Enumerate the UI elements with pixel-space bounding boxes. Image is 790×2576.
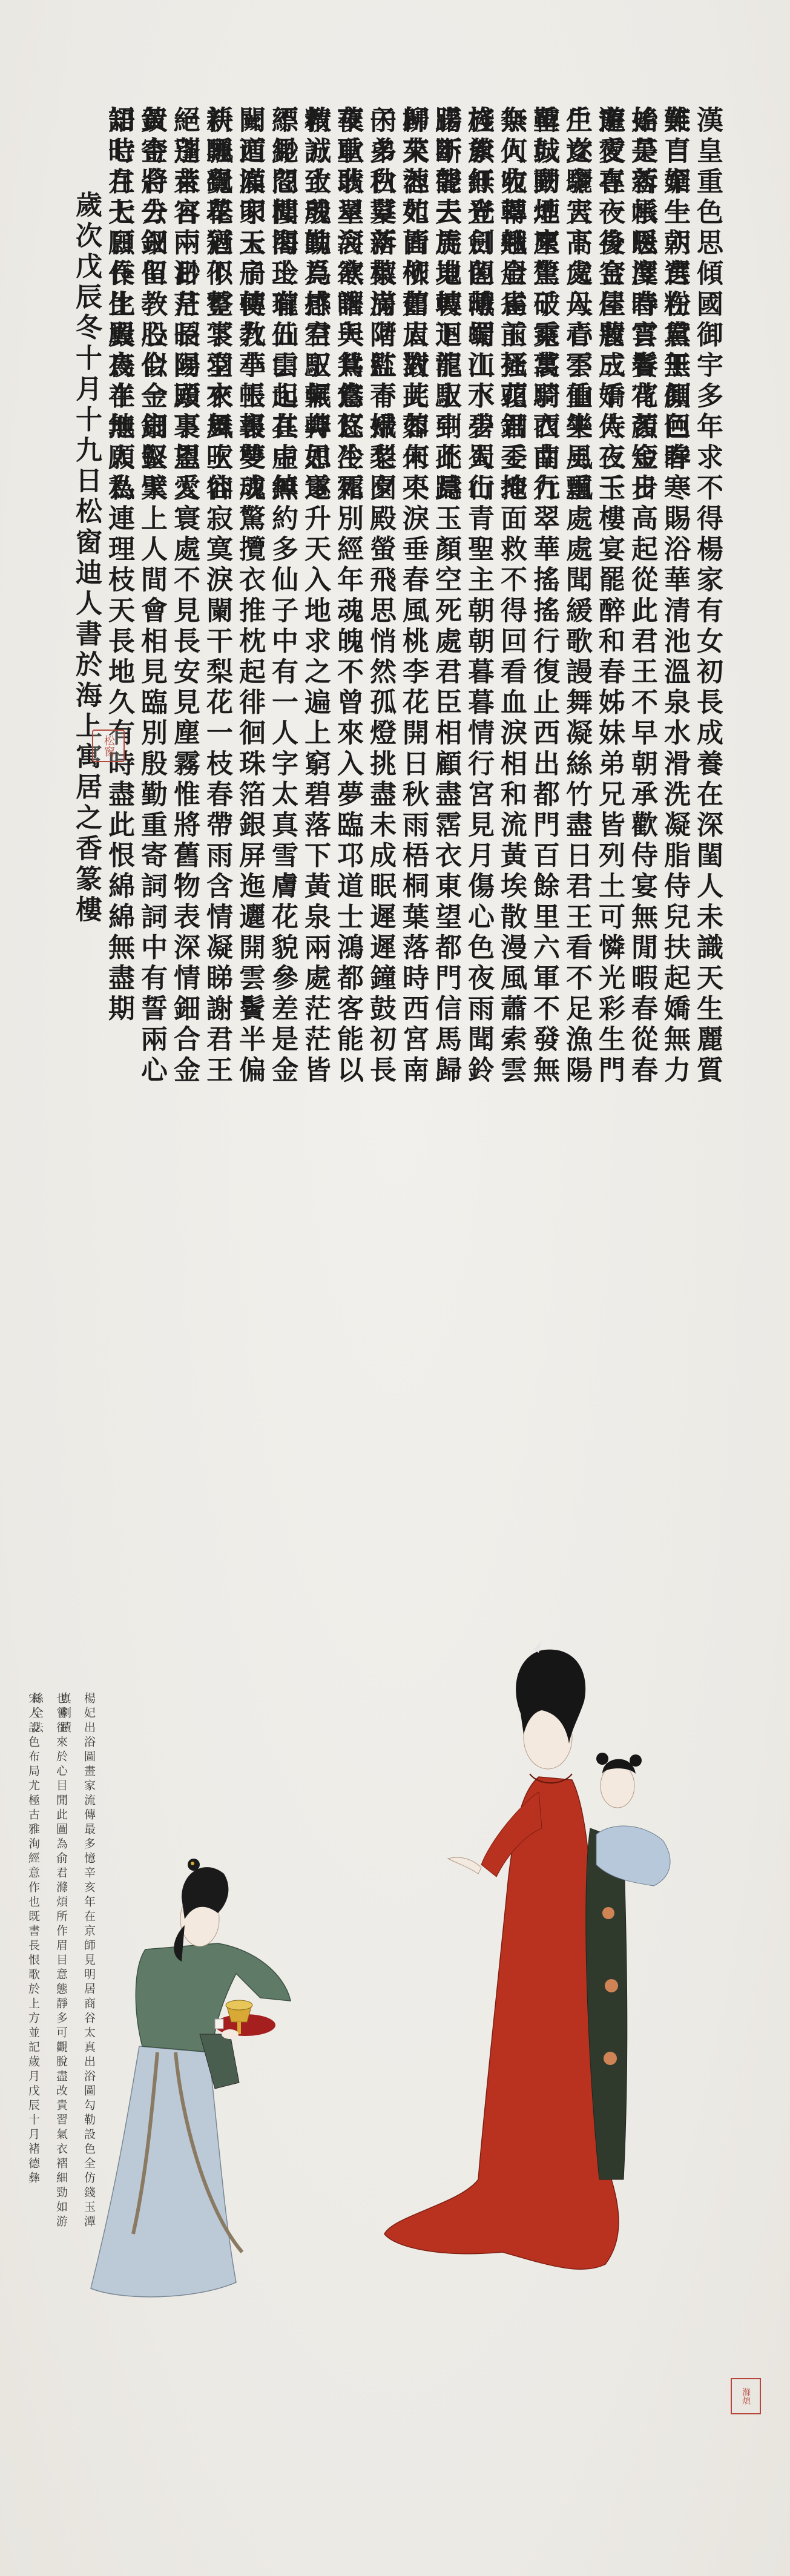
inscription-column: 楊妃出浴圖畫家流傳最多憶辛亥年在京師見明居商谷太真出浴圖勾勒設色全仿錢玉潭真劇蹟: [77, 1692, 101, 2237]
inscription-column: 也嘗往來於心目閒此圖為俞君滌煩所作眉目意態靜多可觀脫盡改貴習氣衣褶細勁如游絲全法: [49, 1692, 73, 2237]
yang-guifei-figure: [384, 1641, 619, 2269]
painting-figures: [0, 1574, 790, 2422]
attendant-figure: [91, 1859, 291, 2297]
signature-column: 歲次戊辰冬十月十九日松窗迪人書於海上寓居之香篆樓: [70, 106, 102, 1099]
child-maid-figure: [586, 1753, 670, 2179]
poem-calligraphy: 漢皇重色思傾國御宇多年求不得楊家有女初長成養在深閨人未識天生麗質難自棄一朝選在君…: [118, 106, 723, 1099]
poem-column: 漢皇重色思傾國御宇多年求不得楊家有女初長成養在深閨人未識天生麗質難自棄一朝選在君…: [691, 106, 723, 1099]
painter-seal: 滌煩: [731, 2378, 761, 2414]
artist-seal: 松窗: [92, 730, 125, 762]
colophon-inscription: 楊妃出浴圖畫家流傳最多憶辛亥年在京師見明居商谷太真出浴圖勾勒設色全仿錢玉潭真劇蹟…: [21, 1692, 101, 2237]
inscription-column: 宋人設色布局尤極古雅洵經意作也既書長恨歌於上方並記歲月戊辰十月褚德彝: [21, 1692, 45, 2237]
